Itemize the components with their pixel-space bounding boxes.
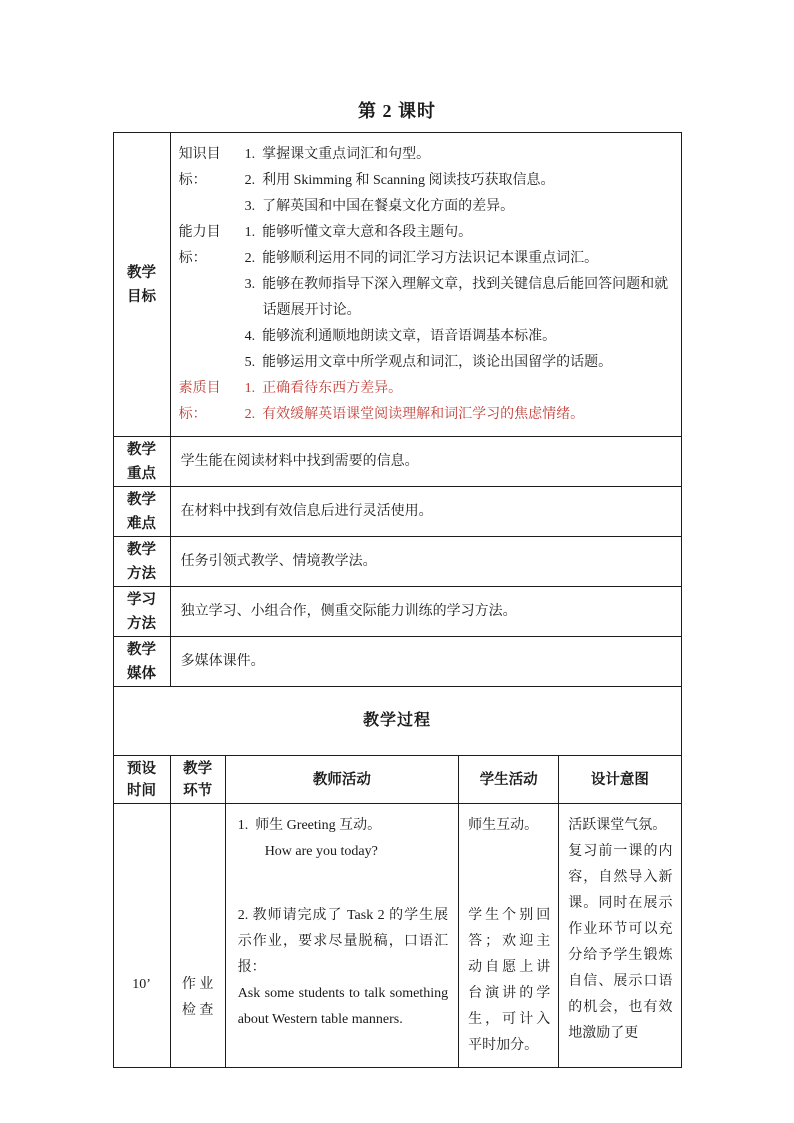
goal-item: 3. 了解英国和中国在餐桌文化方面的差异。 bbox=[245, 194, 673, 220]
row-label-teaching-media: 教学 媒体 bbox=[113, 637, 170, 687]
process-section-title: 教学过程 bbox=[113, 687, 681, 756]
key-points-row: 教学 重点 学生能在阅读材料中找到需要的信息。 bbox=[113, 437, 681, 487]
document-page: 第 2 课时 教学 目标 知识目标： 1. 掌握课文重点词汇和句型。 2. 利用… bbox=[0, 0, 794, 1123]
teaching-media-row: 教学 媒体 多媒体课件。 bbox=[113, 637, 681, 687]
goal-item: 1. 掌握课文重点词汇和句型。 bbox=[245, 142, 673, 168]
goal-items: 1. 能够听懂文章大意和各段主题句。 2. 能够顺利运用不同的词汇学习方法识记本… bbox=[245, 220, 673, 376]
header-teacher-activity: 教师活动 bbox=[225, 756, 458, 804]
goal-item: 2. 利用 Skimming 和 Scanning 阅读技巧获取信息。 bbox=[245, 168, 673, 194]
goal-group-name: 素质目标： bbox=[179, 376, 245, 428]
quality-goals-group: 素质目标： 1. 正确看待东西方差异。 2. 有效缓解英语课堂阅读理解和词汇学习… bbox=[179, 376, 673, 428]
goal-group-name: 能力目标： bbox=[179, 220, 245, 376]
preset-time-value: 10’ bbox=[113, 804, 170, 1068]
teacher-activity-item-1-sub: How are you today? bbox=[265, 839, 448, 865]
activity-row-homework-check: 10’ 作 业 检 查 1. 师生 Greeting 互动。 How are y… bbox=[113, 804, 681, 1068]
learning-methods-cell: 独立学习、小组合作，侧重交际能力训练的学习方法。 bbox=[170, 587, 681, 637]
row-label-learning-methods: 学习 方法 bbox=[113, 587, 170, 637]
process-header-row: 预设 时间 教学 环节 教师活动 学生活动 设计意图 bbox=[113, 756, 681, 804]
goal-items: 1. 正确看待东西方差异。 2. 有效缓解英语课堂阅读理解和词汇学习的焦虑情绪。 bbox=[245, 376, 673, 428]
goal-item: 4. 能够流利通顺地朗读文章，语音语调基本标准。 bbox=[245, 324, 673, 350]
design-intent-cell: 活跃课堂气氛。 复习前一课的内容，自然导入新课。同时在展示作业环节可以充分给予学… bbox=[559, 804, 681, 1068]
key-points-cell: 学生能在阅读材料中找到需要的信息。 bbox=[170, 437, 681, 487]
goal-group-name: 知识目标： bbox=[179, 142, 245, 220]
teacher-activity-item-1: 1. 师生 Greeting 互动。 bbox=[238, 813, 448, 839]
learning-methods-row: 学习 方法 独立学习、小组合作，侧重交际能力训练的学习方法。 bbox=[113, 587, 681, 637]
goal-item: 1. 正确看待东西方差异。 bbox=[245, 376, 673, 402]
row-label-teaching-methods: 教学 方法 bbox=[113, 537, 170, 587]
page-title: 第 2 课时 bbox=[0, 97, 794, 123]
goal-item: 3. 能够在教师指导下深入理解文章，找到关键信息后能回答问题和就话题展开讨论。 bbox=[245, 272, 673, 324]
teaching-media-cell: 多媒体课件。 bbox=[170, 637, 681, 687]
goal-items: 1. 掌握课文重点词汇和句型。 2. 利用 Skimming 和 Scannin… bbox=[245, 142, 673, 220]
goal-item: 5. 能够运用文章中所学观点和词汇，谈论出国留学的话题。 bbox=[245, 350, 673, 376]
teaching-methods-cell: 任务引领式教学、情境教学法。 bbox=[170, 537, 681, 587]
design-intent-para-1: 活跃课堂气氛。 bbox=[568, 813, 672, 839]
teacher-activity-item-2: 2. 教师请完成了 Task 2 的学生展示作业，要求尽量脱稿，口语汇报： bbox=[238, 903, 448, 981]
design-intent-para-2: 复习前一课的内容，自然导入新课。同时在展示作业环节可以充分给予学生锻炼自信、展示… bbox=[568, 839, 672, 1047]
student-activity-cell: 师生互动。 学生个别回答；欢迎主动自愿上讲台演讲的学生，可计入平时加分。 bbox=[459, 804, 559, 1068]
goal-item: 1. 能够听懂文章大意和各段主题句。 bbox=[245, 220, 673, 246]
difficult-points-cell: 在材料中找到有效信息后进行灵活使用。 bbox=[170, 487, 681, 537]
lesson-plan-table: 教学 目标 知识目标： 1. 掌握课文重点词汇和句型。 2. 利用 Skimmi… bbox=[113, 132, 682, 1068]
goal-item: 2. 有效缓解英语课堂阅读理解和词汇学习的焦虑情绪。 bbox=[245, 402, 673, 428]
header-preset-time: 预设 时间 bbox=[113, 756, 170, 804]
process-title-row: 教学过程 bbox=[113, 687, 681, 756]
difficult-points-row: 教学 难点 在材料中找到有效信息后进行灵活使用。 bbox=[113, 487, 681, 537]
row-label-teaching-goals: 教学 目标 bbox=[113, 133, 170, 437]
teaching-goals-row: 教学 目标 知识目标： 1. 掌握课文重点词汇和句型。 2. 利用 Skimmi… bbox=[113, 133, 681, 437]
goal-item: 2. 能够顺利运用不同的词汇学习方法识记本课重点词汇。 bbox=[245, 246, 673, 272]
student-activity-para-1: 师生互动。 bbox=[468, 813, 550, 839]
row-label-difficult-points: 教学 难点 bbox=[113, 487, 170, 537]
header-design-intent: 设计意图 bbox=[559, 756, 681, 804]
teacher-activity-item-2-english: Ask some students to talk something abou… bbox=[238, 981, 448, 1033]
teaching-goals-cell: 知识目标： 1. 掌握课文重点词汇和句型。 2. 利用 Skimming 和 S… bbox=[170, 133, 681, 437]
knowledge-goals-group: 知识目标： 1. 掌握课文重点词汇和句型。 2. 利用 Skimming 和 S… bbox=[179, 142, 673, 220]
teaching-stage-value: 作 业 检 查 bbox=[170, 804, 225, 1068]
row-label-key-points: 教学 重点 bbox=[113, 437, 170, 487]
student-activity-para-2: 学生个别回答；欢迎主动自愿上讲台演讲的学生，可计入平时加分。 bbox=[468, 903, 550, 1059]
ability-goals-group: 能力目标： 1. 能够听懂文章大意和各段主题句。 2. 能够顺利运用不同的词汇学… bbox=[179, 220, 673, 376]
header-student-activity: 学生活动 bbox=[459, 756, 559, 804]
teaching-methods-row: 教学 方法 任务引领式教学、情境教学法。 bbox=[113, 537, 681, 587]
teacher-activity-cell: 1. 师生 Greeting 互动。 How are you today? 2.… bbox=[225, 804, 458, 1068]
header-teaching-stage: 教学 环节 bbox=[170, 756, 225, 804]
